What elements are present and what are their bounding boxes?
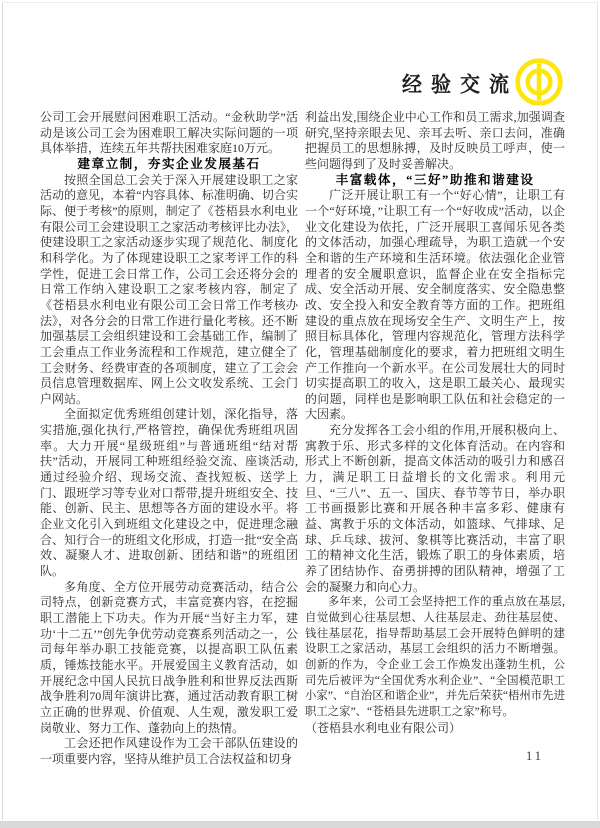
trade-union-emblem-icon [514,57,564,107]
paragraph-continued: 利益出发,围绕企业中心工作和员工需求,加强调查研究,坚持亲眼去见、亲耳去听、亲口… [305,110,565,173]
paragraph: 按照全国总工会关于深入开展建设职工之家活动的意见，本着“内容具体、标准明确、切合… [40,173,298,408]
paragraph: 广泛开展让职工有一个“好心情”，让职工有一个“好环境，”让职工有一个“好收成”活… [305,188,565,423]
paragraph: 多年来，公司工会坚持把工作的重点放在基层,自觉做到心往基层想、人往基层走、劲往基… [305,595,565,720]
section-heading: 建章立制，夯实企业发展基石 [40,157,298,173]
magazine-page: 经验交流 公司工会开展慰问困难职工活动。“金秋助学”活动是该公司工会为困难职工解… [0,0,600,828]
page-header: 经验交流 [402,57,564,107]
paragraph: 多角度、全方位开展劳动竞赛活动，结合公司特点，创新竞赛方式，丰富竞赛内容，在挖掘… [40,580,298,737]
paragraph: 全面拟定优秀班组创建计划，深化指导，落实措施,强化执行,严格管控，确保优秀班组巩… [40,407,298,579]
page-number: 11 [526,749,544,764]
paragraph: 工会还把作风建设作为工会干部队伍建设的一项重要内容，坚持从维护员工合法权益和切身 [40,736,298,767]
paragraph-continued: 公司工会开展慰问困难职工活动。“金秋助学”活动是该公司工会为困难职工解决实际问题… [40,110,298,157]
paragraph: 充分发挥各工会小组的作用,开展积极向上、寓教于乐、形式多样的文化体育活动。在内容… [305,423,565,595]
scan-edge-top [2,2,598,3]
section-title: 经验交流 [402,67,518,97]
scan-edge-right [597,2,598,820]
attribution: （苍梧县水利电业有限公司） [305,721,565,737]
article-body: 公司工会开展慰问困难职工活动。“金秋助学”活动是该公司工会为困难职工解决实际问题… [40,110,565,768]
scan-edge-bottom [0,821,600,828]
left-column: 公司工会开展慰问困难职工活动。“金秋助学”活动是该公司工会为困难职工解决实际问题… [40,110,298,768]
section-heading: 丰富载体，“三好”助推和谐建设 [305,173,565,189]
right-column: 利益出发,围绕企业中心工作和员工需求,加强调查研究,坚持亲眼去见、亲耳去听、亲口… [305,110,565,768]
scan-edge-left [2,2,3,820]
